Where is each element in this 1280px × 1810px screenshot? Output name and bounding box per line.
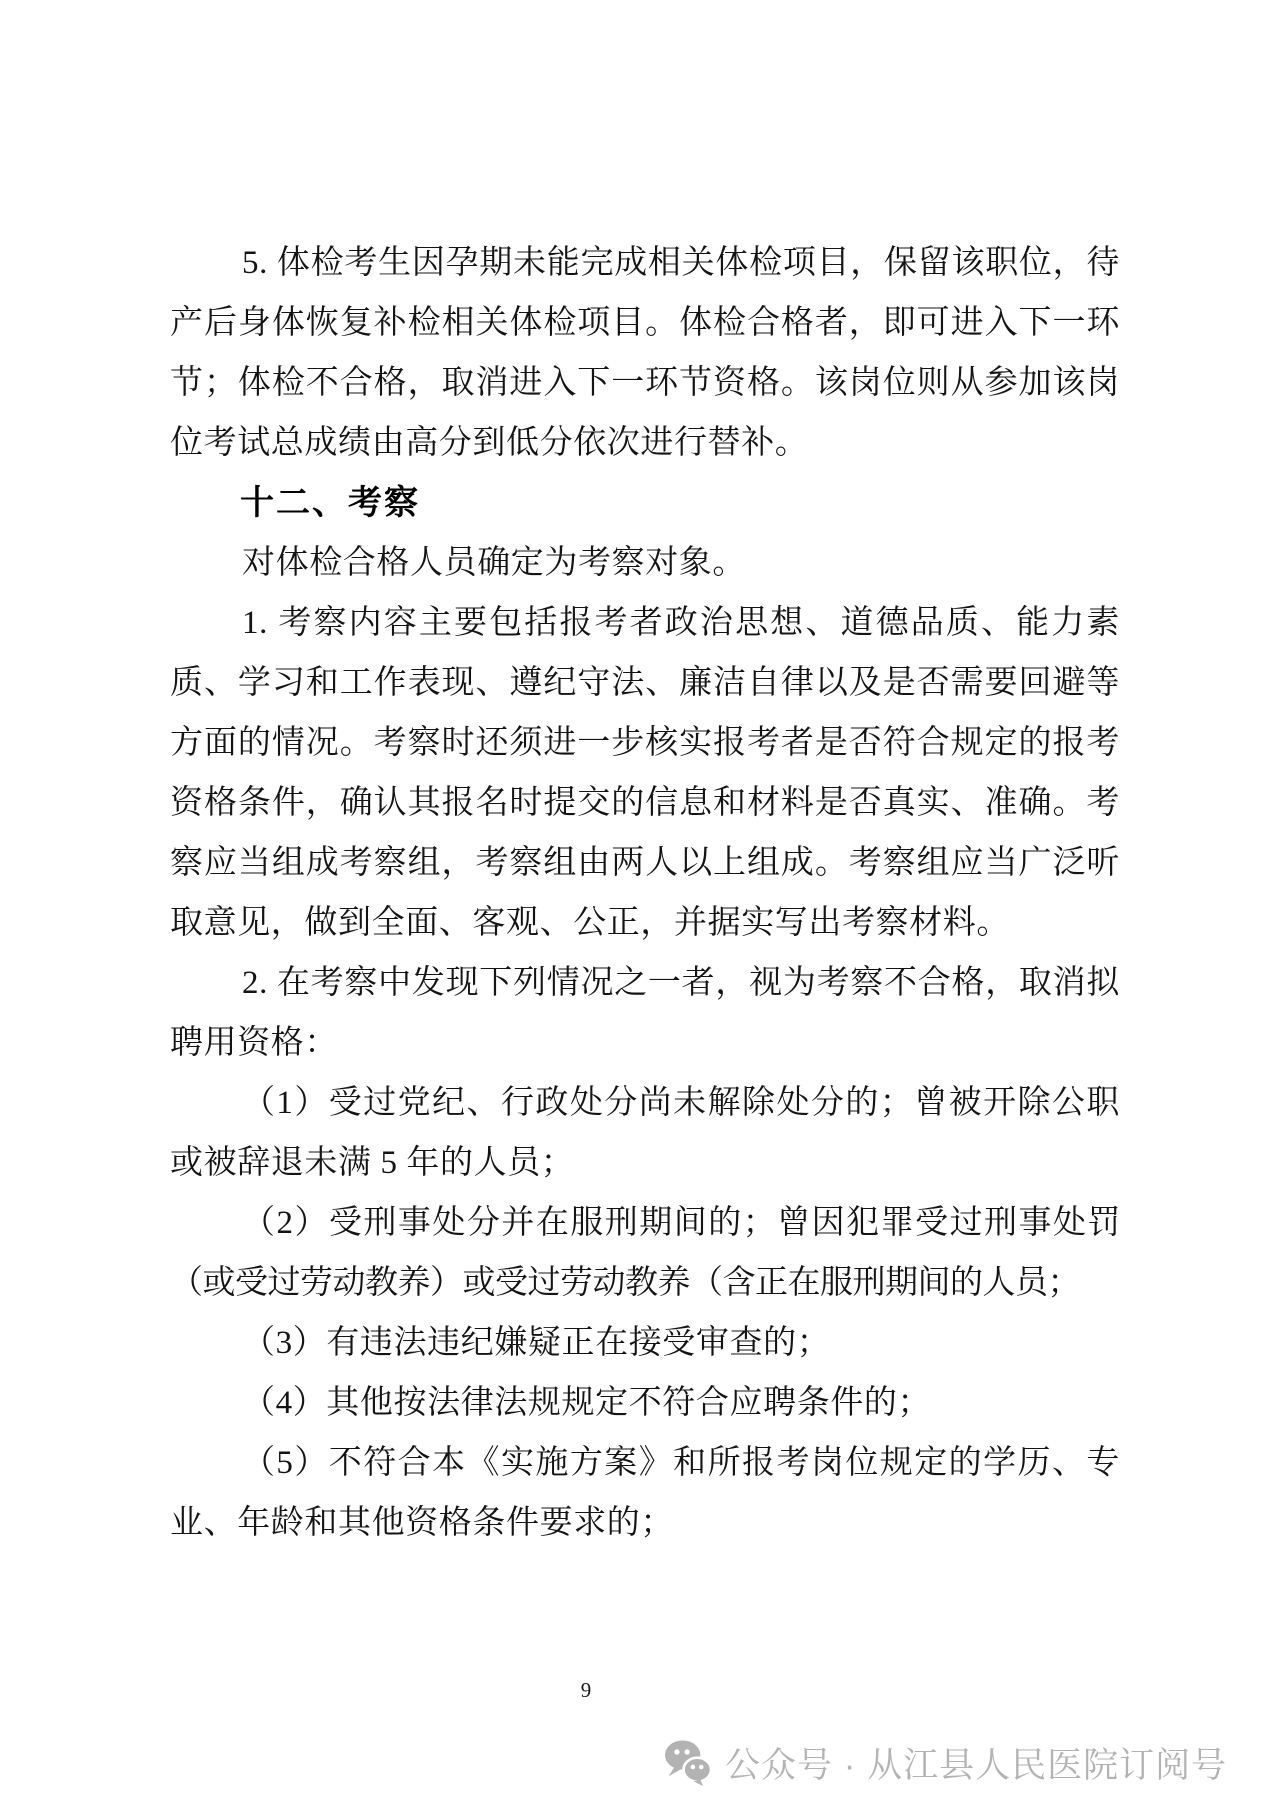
item-1-disciplinary-punishment: （1）受过党纪、行政处分尚未解除处分的；曾被开除公职或被辞退未满 5 年的人员； — [170, 1073, 1120, 1193]
document-page: 5. 体检考生因孕期未能完成相关体检项目，保留该职位，待产后身体恢复补检相关体检… — [0, 0, 1280, 1810]
page-number: 9 — [566, 1678, 606, 1703]
para-inspection-target: 对体检合格人员确定为考察对象。 — [170, 533, 1120, 593]
document-body: 5. 体检考生因孕期未能完成相关体检项目，保留该职位，待产后身体恢复补检相关体检… — [170, 233, 1120, 1553]
wechat-icon — [664, 1740, 712, 1786]
para-5-medical-exam-pregnancy: 5. 体检考生因孕期未能完成相关体检项目，保留该职位，待产后身体恢复补检相关体检… — [170, 233, 1120, 473]
item-3-under-investigation: （3）有违法违纪嫌疑正在接受审查的； — [170, 1313, 1120, 1373]
item-2-criminal-punishment: （2）受刑事处分并在服刑期间的；曾因犯罪受过刑事处罚（或受过劳动教养）或受过劳动… — [170, 1193, 1120, 1313]
para-2-disqualification-intro: 2. 在考察中发现下列情况之一者，视为考察不合格，取消拟聘用资格： — [170, 953, 1120, 1073]
para-1-inspection-content: 1. 考察内容主要包括报考者政治思想、道德品质、能力素质、学习和工作表现、遵纪守… — [170, 593, 1120, 953]
footer-watermark: 公众号 · 从江县人民医院订阅号 — [664, 1738, 1227, 1788]
item-5-qualification-mismatch: （5）不符合本《实施方案》和所报考岗位规定的学历、专业、年龄和其他资格条件要求的… — [170, 1433, 1120, 1553]
item-4-other-laws: （4）其他按法律法规规定不符合应聘条件的； — [170, 1373, 1120, 1433]
section-heading-12-inspection: 十二、考察 — [170, 473, 1120, 533]
footer-label: 公众号 · 从江县人民医院订阅号 — [725, 1738, 1227, 1788]
